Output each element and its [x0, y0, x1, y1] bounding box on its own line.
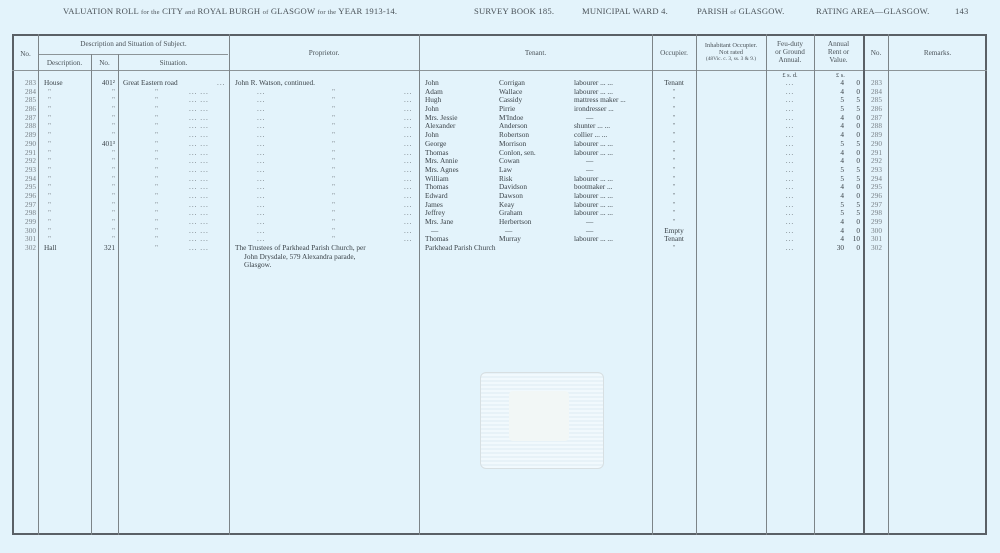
- col-rule: [814, 34, 815, 535]
- title-text: GLASGOW: [271, 6, 315, 16]
- col-occupier: Tenant " " " " " " " " " " " " " " " " E…: [652, 79, 696, 253]
- col-rule: [696, 34, 697, 535]
- header-feu-l3: Annual.: [766, 56, 814, 64]
- row-desc: Hall: [44, 244, 89, 253]
- title-text: and: [185, 9, 195, 16]
- situation-ditto: ": [123, 113, 158, 122]
- dot-leader: ...: [235, 226, 265, 235]
- col-tenant-last: Corrigan Wallace Cassidy Pirrie M'Indoe …: [499, 79, 571, 253]
- header-rent-l3: Value.: [814, 56, 863, 64]
- dot-leader: ...: [235, 200, 265, 209]
- municipal-ward: MUNICIPAL WARD 4.: [582, 6, 668, 16]
- situation-ditto: ": [123, 165, 158, 174]
- header-no-right: No.: [864, 49, 888, 57]
- dot-leader: ...: [235, 208, 265, 217]
- row-num: 321: [92, 244, 115, 253]
- tenant-trade: labourer ... ...: [574, 235, 650, 244]
- title-text: for the: [317, 9, 336, 16]
- tenant-last: Murray: [499, 235, 571, 244]
- header-no: No.: [13, 50, 38, 58]
- col-proprietor: John R. Watson, continued. ..."... ...".…: [235, 79, 417, 270]
- tenant-trade: [574, 244, 650, 253]
- hologram-center: [509, 391, 569, 441]
- col-no-right: 283 284 285 286 287 288 289 290 291 292 …: [865, 79, 888, 253]
- col-rule: [38, 34, 39, 535]
- parish-name: GLASGOW.: [739, 6, 785, 16]
- title-text: ROYAL BURGH: [198, 6, 261, 16]
- tenant-last: [499, 244, 571, 253]
- col-rent-pounds: 4 4 5 5 4 4 4 5 4 4 5 5 4 4 5 5 4 4 4 30: [828, 79, 844, 253]
- situation-ditto: ": [123, 182, 158, 191]
- header-rent-l2: Rent or: [814, 48, 863, 56]
- subheader-rule: [38, 54, 228, 55]
- dot-leader: ...: [235, 104, 265, 113]
- header-bottom-rule: [12, 70, 987, 71]
- dot-leader: ... ...: [189, 244, 209, 253]
- header-rent: Annual Rent or Value.: [814, 40, 863, 64]
- dot-leader: ...: [235, 182, 265, 191]
- situation-ditto: ": [123, 217, 158, 226]
- rent-pounds: 30: [828, 244, 844, 253]
- situation-ditto: ": [123, 234, 158, 243]
- proprietor-continuation: Glasgow.: [235, 261, 417, 270]
- header-situation: Situation.: [118, 59, 229, 67]
- page-number: 143: [955, 6, 969, 16]
- occupier: ": [652, 244, 696, 253]
- header-tenant: Tenant.: [419, 49, 652, 57]
- hologram-sticker: [480, 372, 604, 469]
- col-rent-shillings: 0 0 5 5 0 0 0 5 0 0 5 5 0 0 5 5 0 0 10 0: [848, 79, 860, 253]
- header-inhabitant-l2: Not rated: [696, 49, 766, 56]
- situation-ditto: ": [123, 174, 158, 183]
- dot-leader: ...: [235, 113, 265, 122]
- dot-leader: ...: [235, 148, 265, 157]
- header-desc-group: Description and Situation of Subject.: [38, 40, 229, 48]
- situation-ditto: ": [123, 191, 158, 200]
- roll-title: VALUATION ROLL for the CITY and ROYAL BU…: [63, 6, 397, 16]
- col-situation: Great Eastern road... "... ... "... ... …: [123, 79, 227, 253]
- header-inhabitant: Inhabitant Occupier. Not rated (48Vic. c…: [696, 42, 766, 63]
- situation-ditto: ": [123, 121, 158, 130]
- dot-leader: ...: [235, 217, 265, 226]
- header-feu-l2: or Ground: [766, 48, 814, 56]
- col-rule: [888, 34, 889, 535]
- dot-leader: ...: [235, 130, 265, 139]
- col-trade: labourer ... ... labourer ... ... mattre…: [574, 79, 650, 253]
- dot-leader: ...: [235, 234, 265, 243]
- header-rent-l1: Annual: [814, 40, 863, 48]
- situation-ditto: ": [123, 87, 158, 96]
- col-rule: [419, 34, 420, 535]
- dot-leader: ...: [235, 156, 265, 165]
- situation-ditto: ": [123, 243, 158, 252]
- title-text: for the: [141, 9, 160, 16]
- row-situation: "... ...: [123, 244, 227, 253]
- parish-label: PARISH: [697, 6, 728, 16]
- col-rule: [229, 34, 230, 535]
- row-no: 302: [14, 244, 36, 253]
- situation-ditto: ": [123, 95, 158, 104]
- row-proprietor: ..."...: [235, 235, 417, 244]
- title-text: YEAR 1913-14.: [338, 6, 397, 16]
- situation-ditto: ": [123, 130, 158, 139]
- col-tenant-first: John Adam Hugh John Mrs. Jessie Alexande…: [425, 79, 499, 253]
- rating-area: RATING AREA—GLASGOW.: [816, 6, 930, 16]
- situation-text: Great Eastern road: [123, 78, 178, 87]
- header-inhabitant-l1: Inhabitant Occupier.: [696, 42, 766, 49]
- col-description: House " " " " " " " " " " " " " " " " " …: [44, 79, 89, 253]
- dot-leader: ...: [235, 165, 265, 174]
- header-description: Description.: [38, 59, 91, 67]
- dot-leader: ...: [235, 191, 265, 200]
- parish-of: of: [730, 9, 736, 16]
- dot-leader: ...: [404, 235, 412, 244]
- header-remarks: Remarks.: [888, 49, 987, 57]
- situation-ditto: ": [123, 156, 158, 165]
- rent-shillings: 0: [848, 244, 860, 253]
- survey-book: SURVEY BOOK 185.: [474, 6, 554, 16]
- proprietor-ditto: ": [332, 235, 335, 244]
- dot-leader: ...: [235, 174, 265, 183]
- header-feu: Feu-duty or Ground Annual.: [766, 40, 814, 64]
- situation-ditto: ": [123, 148, 158, 157]
- col-feu: ... ... ... ... ... ... ... ... ... ... …: [766, 79, 814, 253]
- situation-ditto: ": [123, 200, 158, 209]
- header-desc-no: No.: [91, 59, 118, 67]
- dot-leader: ...: [235, 87, 265, 96]
- header-feu-l1: Feu-duty: [766, 40, 814, 48]
- situation-ditto: ": [123, 208, 158, 217]
- parish: PARISH of GLASGOW.: [697, 6, 785, 16]
- dot-leader: ...: [235, 95, 265, 104]
- dot-leader: ...: [235, 139, 265, 148]
- page-header: VALUATION ROLL for the CITY and ROYAL BU…: [0, 6, 1000, 20]
- header-proprietor: Proprietor.: [229, 49, 419, 57]
- title-text: of: [263, 9, 269, 16]
- situation-ditto: ": [123, 226, 158, 235]
- situation-ditto: ": [123, 139, 158, 148]
- col-no: 283 284 285 286 287 288 289 290 291 292 …: [14, 79, 36, 253]
- title-text: CITY: [162, 6, 183, 16]
- feu-value: ...: [766, 244, 814, 253]
- title-text: VALUATION ROLL: [63, 6, 139, 16]
- tenant-first: Parkhead Parish Church: [425, 244, 499, 253]
- header-inhabitant-l3: (48Vic. c. 3, ss. 3 & 9.): [696, 56, 766, 63]
- dot-leader: ...: [235, 121, 265, 130]
- row-no-right: 302: [865, 244, 888, 253]
- col-rule: [118, 54, 119, 535]
- situation-ditto: ": [123, 104, 158, 113]
- header-occupier: Occupier.: [652, 49, 696, 57]
- col-desc-no: 401² " " " " " " 401³ " " " " " " " " " …: [92, 79, 115, 253]
